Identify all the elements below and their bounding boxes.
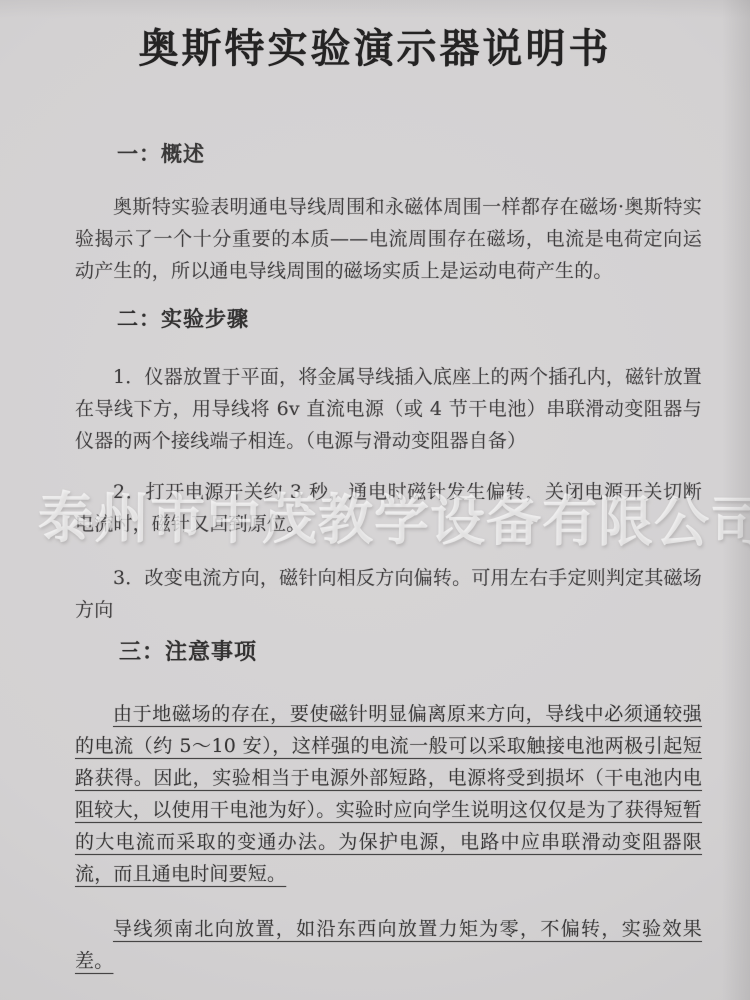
document-page: 奥斯特实验演示器说明书 一：概述 奥斯特实验表明通电导线周围和永磁体周围一样都存… bbox=[0, 0, 750, 1000]
step-1-paragraph: 1．仪器放置于平面，将金属导线插入底座上的两个插孔内，磁针放置在导线下方，用导线… bbox=[75, 361, 702, 457]
notes-paragraph: 由于地磁场的存在，要使磁针明显偏离原来方向，导线中必须通较强的电流（约 5～10… bbox=[75, 698, 702, 890]
overview-paragraph: 奥斯特实验表明通电导线周围和永磁体周围一样都存在磁场·奥斯特实验揭示了一个十分重… bbox=[75, 191, 702, 287]
section-heading-steps: 二：实验步骤 bbox=[75, 305, 702, 333]
document-content: 奥斯特实验演示器说明书 一：概述 奥斯特实验表明通电导线周围和永磁体周围一样都存… bbox=[0, 0, 750, 977]
section-heading-overview: 一：概述 bbox=[75, 140, 702, 168]
notes-final-paragraph: 导线须南北向放置，如沿东西向放置力矩为零，不偏转，实验效果差。 bbox=[75, 913, 702, 977]
section-heading-notes: 三：注意事项 bbox=[75, 638, 702, 666]
step-3-paragraph: 3．改变电流方向，磁针向相反方向偏转。可用左右手定则判定其磁场方向 bbox=[75, 562, 702, 626]
step-2-paragraph: 2．打开电源开关约 3 秒，通电时磁针发生偏转，关闭电源开关切断电流时，磁针又回… bbox=[75, 476, 702, 540]
page-title: 奥斯特实验演示器说明书 bbox=[48, 24, 702, 74]
